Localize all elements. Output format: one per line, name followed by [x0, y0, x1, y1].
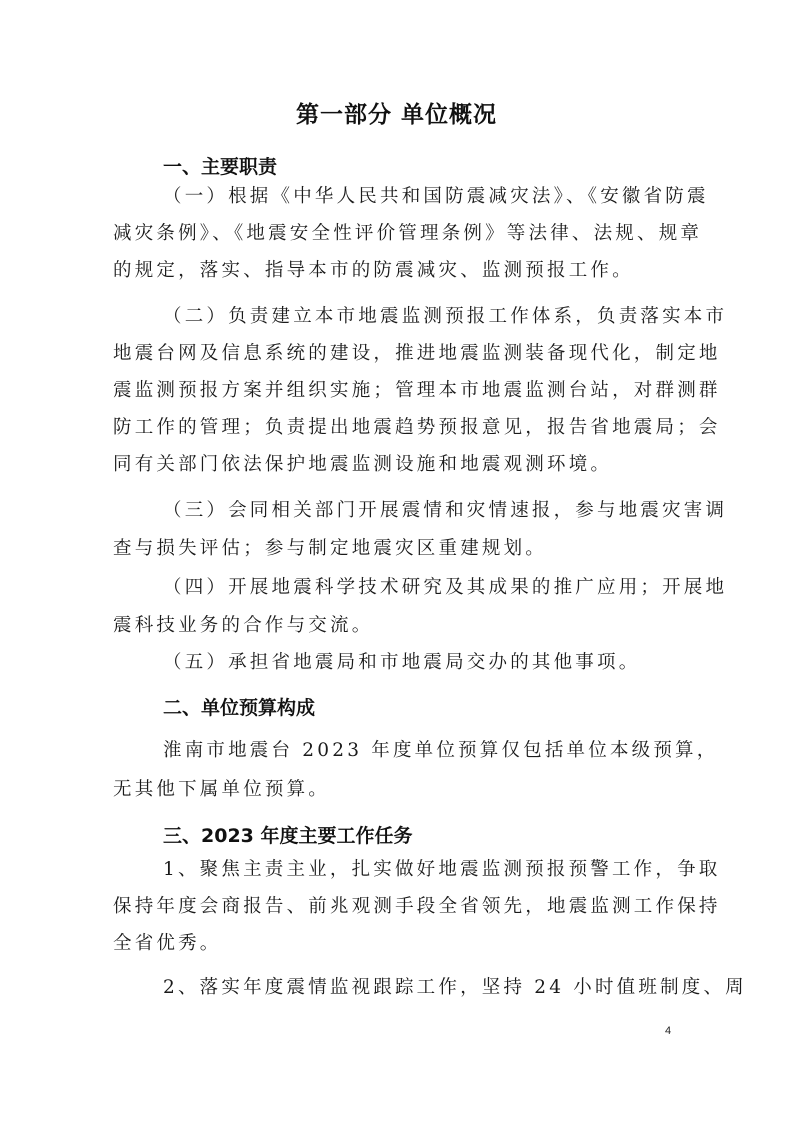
paragraph-line: 查与损失评估；参与制定地震灾区重建规划。 — [113, 537, 675, 561]
page-number: 4 — [665, 1025, 671, 1037]
paragraph-line: 地震台网及信息系统的建设，推进地震监测装备现代化，制定地 — [113, 342, 675, 366]
paragraph-line: （二）负责建立本市地震监测预报工作体系，负责落实本市 — [163, 305, 675, 329]
section-heading-duties: 一、主要职责 — [163, 152, 277, 179]
paragraph-line: 淮南市地震台 2023 年度单位预算仅包括单位本级预算， — [163, 739, 675, 763]
paragraph-line: 无其他下属单位预算。 — [113, 778, 675, 802]
paragraph-line: 1、聚焦主责主业，扎实做好地震监测预报预警工作，争取 — [163, 858, 675, 882]
document-page: 第一部分 单位概况 一、主要职责 （一）根据《中华人民共和国防震减灾法》、《安徽… — [0, 0, 793, 1122]
paragraph-line: 防工作的管理；负责提出地震趋势预报意见，报告省地震局；会 — [113, 416, 675, 440]
paragraph-line: 同有关部门依法保护地震监测设施和地震观测环境。 — [113, 453, 675, 477]
paragraph-line: 减灾条例》、《地震安全性评价管理条例》等法律、法规、规章 — [113, 222, 675, 246]
paragraph-line: 的规定，落实、指导本市的防震减灾、监测预报工作。 — [113, 259, 675, 283]
paragraph-line: 保持年度会商报告、前兆观测手段全省领先，地震监测工作保持 — [113, 895, 675, 919]
paragraph-line: 震监测预报方案并组织实施；管理本市地震监测台站，对群测群 — [113, 379, 675, 403]
paragraph-line: （四）开展地震科学技术研究及其成果的推广应用；开展地 — [163, 576, 675, 600]
paragraph-line: 2、落实年度震情监视跟踪工作，坚持 24 小时值班制度、周 — [163, 976, 675, 1000]
paragraph-line: （五）承担省地震局和市地震局交办的其他事项。 — [163, 651, 675, 675]
paragraph-line: 全省优秀。 — [113, 932, 675, 956]
paragraph-line: 震科技业务的合作与交流。 — [113, 614, 675, 638]
section-heading-budget-composition: 二、单位预算构成 — [163, 693, 315, 720]
section-heading-work-tasks: 三、2023 年度主要工作任务 — [163, 821, 413, 848]
paragraph-line: （一）根据《中华人民共和国防震减灾法》、《安徽省防震 — [163, 185, 675, 209]
page-title: 第一部分 单位概况 — [0, 96, 793, 129]
paragraph-line: （三）会同相关部门开展震情和灾情速报，参与地震灾害调 — [163, 499, 675, 523]
